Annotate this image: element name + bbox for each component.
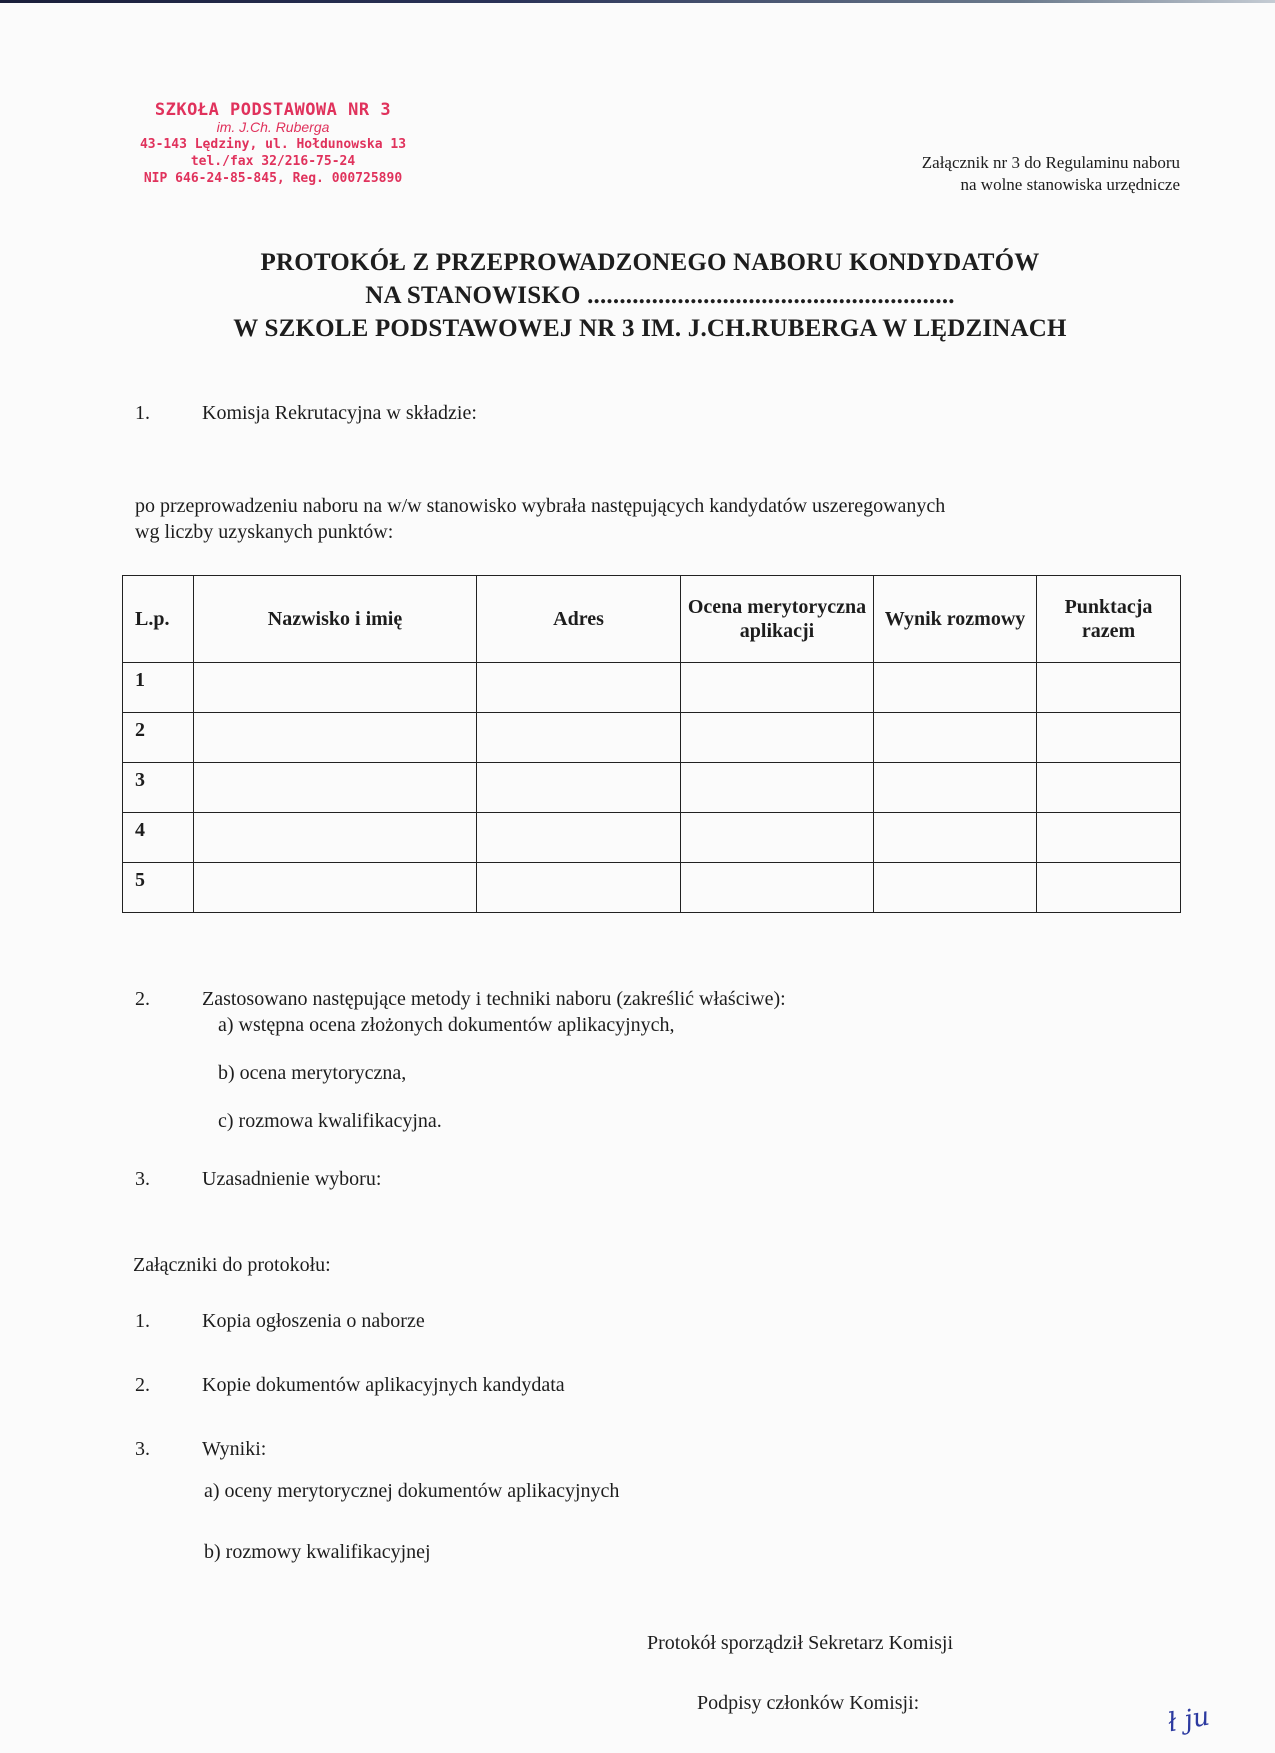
cell-lp: 3	[123, 763, 194, 813]
table-row: 4	[123, 813, 1181, 863]
cell-total[interactable]	[1037, 663, 1181, 713]
table-row: 2	[123, 713, 1181, 763]
cell-name[interactable]	[194, 713, 477, 763]
cell-assessment[interactable]	[681, 713, 874, 763]
stamp-phone: tel./fax 32/216-75-24	[128, 153, 418, 170]
result-b: b) rozmowy kwalifikacyjnej	[204, 1539, 431, 1565]
intro-paragraph: po przeprowadzeniu naboru na w/w stanowi…	[135, 493, 945, 545]
cell-lp: 1	[123, 663, 194, 713]
section-1: 1.Komisja Rekrutacyjna w składzie:	[135, 400, 477, 426]
cell-total[interactable]	[1037, 713, 1181, 763]
attachment-3-number: 3.	[135, 1436, 202, 1462]
title-line-2: NA STANOWISKO ..........................…	[150, 279, 1150, 312]
attachments-heading: Załączniki do protokołu:	[133, 1252, 331, 1278]
method-option-b: b) ocena merytoryczna,	[135, 1060, 786, 1086]
header-interview: Wynik rozmowy	[874, 576, 1037, 663]
cell-name[interactable]	[194, 763, 477, 813]
cell-address[interactable]	[477, 763, 681, 813]
cell-interview[interactable]	[874, 713, 1037, 763]
attachment-3-label: Wyniki:	[202, 1438, 266, 1460]
attachment-2-number: 2.	[135, 1372, 202, 1398]
section-3-label: Uzasadnienie wyboru:	[202, 1168, 381, 1190]
attachment-1-number: 1.	[135, 1308, 202, 1334]
section-1-number: 1.	[135, 400, 202, 426]
section-2-number: 2.	[135, 986, 202, 1012]
result-a: a) oceny merytorycznej dokumentów aplika…	[204, 1478, 619, 1504]
method-option-a: a) wstępna ocena złożonych dokumentów ap…	[135, 1012, 786, 1038]
header-assessment: Ocena merytoryczna aplikacji	[681, 576, 874, 663]
cell-total[interactable]	[1037, 763, 1181, 813]
cell-lp: 2	[123, 713, 194, 763]
scan-edge	[0, 0, 1275, 3]
cell-interview[interactable]	[874, 663, 1037, 713]
table-header-row: L.p. Nazwisko i imię Adres Ocena merytor…	[123, 576, 1181, 663]
annex-line-1: Załącznik nr 3 do Regulaminu naboru	[922, 152, 1180, 174]
table-row: 5	[123, 863, 1181, 913]
cell-address[interactable]	[477, 663, 681, 713]
section-2-label: Zastosowano następujące metody i technik…	[202, 988, 786, 1010]
intro-line-1: po przeprowadzeniu naboru na w/w stanowi…	[135, 493, 945, 519]
cell-lp: 4	[123, 813, 194, 863]
cell-address[interactable]	[477, 863, 681, 913]
stamp-school-name: SZKOŁA PODSTAWOWA NR 3	[128, 102, 418, 119]
school-stamp: SZKOŁA PODSTAWOWA NR 3 im. J.Ch. Ruberga…	[128, 102, 418, 187]
cell-interview[interactable]	[874, 813, 1037, 863]
title-line-3: W SZKOLE PODSTAWOWEJ NR 3 IM. J.CH.RUBER…	[150, 312, 1150, 345]
cell-assessment[interactable]	[681, 663, 874, 713]
cell-total[interactable]	[1037, 813, 1181, 863]
cell-assessment[interactable]	[681, 863, 874, 913]
attachment-2-label: Kopie dokumentów aplikacyjnych kandydata	[202, 1374, 565, 1396]
title-line-1: PROTOKÓŁ Z PRZEPROWADZONEGO NABORU KONDY…	[150, 246, 1150, 279]
attachment-item-3: 3.Wyniki:	[135, 1436, 266, 1462]
header-total: Punktacja razem	[1037, 576, 1181, 663]
attachment-1-label: Kopia ogłoszenia o naborze	[202, 1310, 425, 1332]
cell-assessment[interactable]	[681, 763, 874, 813]
cell-address[interactable]	[477, 813, 681, 863]
method-option-c: c) rozmowa kwalifikacyjna.	[135, 1108, 786, 1134]
cell-interview[interactable]	[874, 763, 1037, 813]
section-2: 2.Zastosowano następujące metody i techn…	[135, 986, 786, 1134]
handwritten-initials: ł ju	[1166, 1702, 1212, 1739]
header-name: Nazwisko i imię	[194, 576, 477, 663]
stamp-patron: im. J.Ch. Ruberga	[128, 119, 418, 136]
cell-address[interactable]	[477, 713, 681, 763]
section-3: 3.Uzasadnienie wyboru:	[135, 1166, 381, 1192]
cell-name[interactable]	[194, 863, 477, 913]
cell-interview[interactable]	[874, 863, 1037, 913]
annex-line-2: na wolne stanowiska urzędnicze	[922, 174, 1180, 196]
header-address: Adres	[477, 576, 681, 663]
cell-name[interactable]	[194, 813, 477, 863]
cell-lp: 5	[123, 863, 194, 913]
section-1-label: Komisja Rekrutacyjna w składzie:	[202, 402, 477, 424]
header-lp: L.p.	[123, 576, 194, 663]
cell-assessment[interactable]	[681, 813, 874, 863]
attachment-item-2: 2.Kopie dokumentów aplikacyjnych kandyda…	[135, 1372, 565, 1398]
section-3-number: 3.	[135, 1166, 202, 1192]
table-row: 3	[123, 763, 1181, 813]
cell-name[interactable]	[194, 663, 477, 713]
annex-note: Załącznik nr 3 do Regulaminu naboru na w…	[922, 152, 1180, 196]
stamp-address: 43-143 Lędziny, ul. Hołdunowska 13	[128, 136, 418, 153]
intro-line-2: wg liczby uzyskanych punktów:	[135, 519, 945, 545]
table-row: 1	[123, 663, 1181, 713]
document-title: PROTOKÓŁ Z PRZEPROWADZONEGO NABORU KONDY…	[150, 246, 1150, 345]
cell-total[interactable]	[1037, 863, 1181, 913]
prepared-by: Protokół sporządził Sekretarz Komisji	[647, 1630, 953, 1656]
stamp-nip: NIP 646-24-85-845, Reg. 000725890	[128, 170, 418, 187]
commission-signatures: Podpisy członków Komisji:	[697, 1690, 919, 1716]
attachment-item-1: 1.Kopia ogłoszenia o naborze	[135, 1308, 425, 1334]
candidates-table: L.p. Nazwisko i imię Adres Ocena merytor…	[122, 575, 1181, 913]
